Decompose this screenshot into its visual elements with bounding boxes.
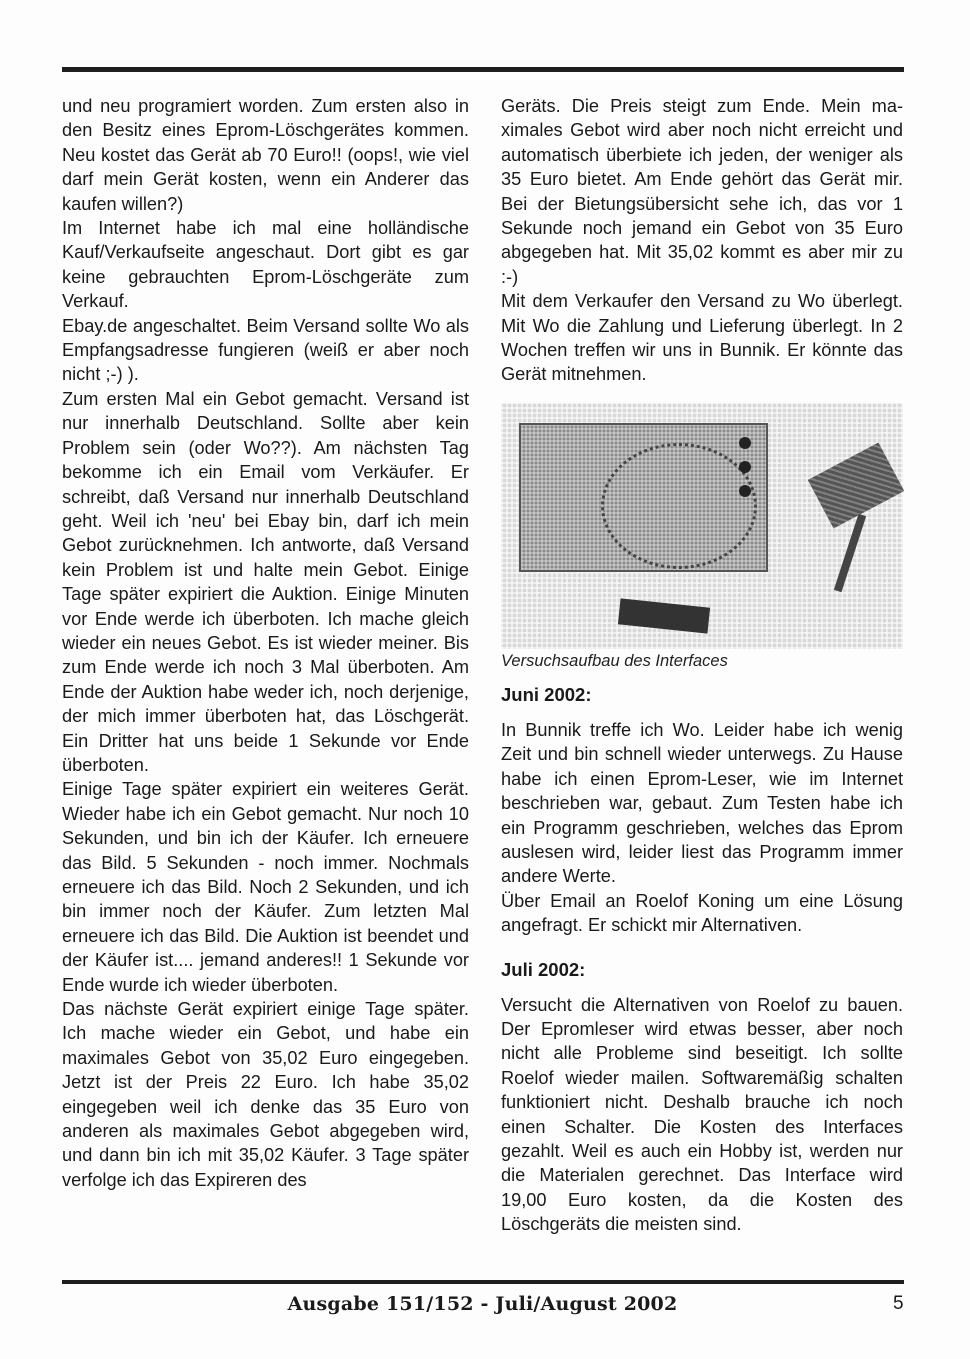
paragraph: Einige Tage später expiriert ein weitere…: [62, 777, 469, 997]
paragraph: Ebay.de angeschaltet. Beim Versand sollt…: [62, 314, 469, 387]
switch-knob: [739, 461, 751, 473]
paragraph: und neu programiert worden. Zum ersten a…: [62, 94, 469, 216]
section-heading-juli: Juli 2002:: [501, 958, 903, 982]
paragraph: Versucht die Alternativen von Roelof zu …: [501, 993, 903, 1237]
section-heading-juni: Juni 2002:: [501, 683, 903, 707]
small-pcb: [808, 442, 904, 528]
page-number: 5: [893, 1293, 904, 1315]
paragraph: Geräts. Die Preis steigt zum Ende. Mein …: [501, 94, 903, 289]
figure-caption: Versuchsaufbau des Interfaces: [501, 651, 903, 671]
left-column: und neu programiert worden. Zum ersten a…: [62, 94, 469, 1192]
issue-label: Ausgabe 151/152 - Juli/August 2002: [280, 1293, 685, 1315]
paragraph: Im Internet habe ich mal eine holländisc…: [62, 216, 469, 314]
interface-prototype-photo: [501, 403, 903, 649]
paragraph: In Bunnik treffe ich Wo. Leider habe ich…: [501, 718, 903, 889]
paragraph: Das nächste Gerät expiriert einige Tage …: [62, 997, 469, 1192]
paragraph: Zum ersten Mal ein Gebot gemacht. Versan…: [62, 387, 469, 778]
ribbon-connector: [618, 598, 710, 633]
paragraph: Über Email an Roelof Koning um eine Lö­s…: [501, 889, 903, 938]
switch-knob: [739, 437, 751, 449]
footer-rule: [62, 1280, 904, 1284]
right-column: Geräts. Die Preis steigt zum Ende. Mein …: [501, 94, 903, 1237]
wire-bundle: [601, 443, 757, 569]
paragraph: Mit dem Verkaufer den Versand zu Wo über…: [501, 289, 903, 387]
switch-knob: [739, 485, 751, 497]
header-rule: [62, 67, 904, 72]
